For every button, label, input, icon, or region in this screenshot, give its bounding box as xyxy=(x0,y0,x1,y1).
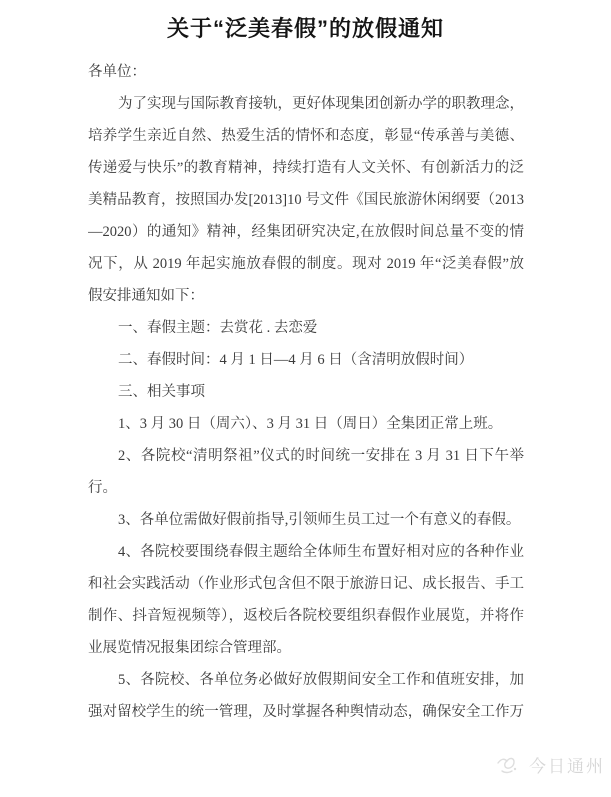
text-line: 况下，从 2019 年起实施放春假的制度。现对 2019 年“泛美春假”放 xyxy=(88,248,524,280)
page-title: 关于“泛美春假”的放假通知 xyxy=(0,12,611,43)
document-page: 关于“泛美春假”的放假通知 各单位：为了实现与国际教育接轨，更好体现集团创新办学… xyxy=(0,0,611,797)
text-line: 行。 xyxy=(88,472,524,504)
watermark-label: 今日通州 xyxy=(529,752,605,777)
text-line: 制作、抖音短视频等），返校后各院校要组织春假作业展览，并将作 xyxy=(88,600,524,632)
watermark-logo-icon xyxy=(495,753,523,777)
text-line: —2020）的通知》精神，经集团研究决定,在放假时间总量不变的情 xyxy=(88,216,524,248)
text-line: 2、各院校“清明祭祖”仪式的时间统一安排在 3 月 31 日下午举 xyxy=(88,440,524,472)
text-line: 4、各院校要围绕春假主题给全体师生布置好相对应的各种作业 xyxy=(88,536,524,568)
text-line: 强对留校学生的统一管理，及时掌握各种舆情动态，确保安全工作万 xyxy=(88,696,524,728)
text-line: 1、3 月 30 日（周六）、3 月 31 日（周日）全集团正常上班。 xyxy=(88,408,524,440)
text-line: 传递爱与快乐”的教育精神，持续打造有人文关怀、有创新活力的泛 xyxy=(88,152,524,184)
text-line: 一、春假主题：去赏花 . 去恋爱 xyxy=(88,312,524,344)
text-line: 3、各单位需做好假前指导,引领师生员工过一个有意义的春假。 xyxy=(88,504,524,536)
document-body: 各单位：为了实现与国际教育接轨，更好体现集团创新办学的职教理念，培养学生亲近自然… xyxy=(88,56,524,728)
text-line: 培养学生亲近自然、热爱生活的情怀和态度，彰显“传承善与美德、 xyxy=(88,120,524,152)
text-line: 假安排通知如下： xyxy=(88,280,524,312)
text-line: 美精品教育，按照国办发[2013]10 号文件《国民旅游休闲纲要（2013 xyxy=(88,184,524,216)
text-line: 三、相关事项 xyxy=(88,376,524,408)
text-line: 各单位： xyxy=(88,56,524,88)
text-line: 业展览情况报集团综合管理部。 xyxy=(88,632,524,664)
text-line: 二、春假时间：4 月 1 日—4 月 6 日（含清明放假时间） xyxy=(88,344,524,376)
text-line: 5、各院校、各单位务必做好放假期间安全工作和值班安排，加 xyxy=(88,664,524,696)
watermark: 今日通州 xyxy=(495,752,605,777)
text-line: 和社会实践活动（作业形式包含但不限于旅游日记、成长报告、手工 xyxy=(88,568,524,600)
text-line: 为了实现与国际教育接轨，更好体现集团创新办学的职教理念， xyxy=(88,88,524,120)
